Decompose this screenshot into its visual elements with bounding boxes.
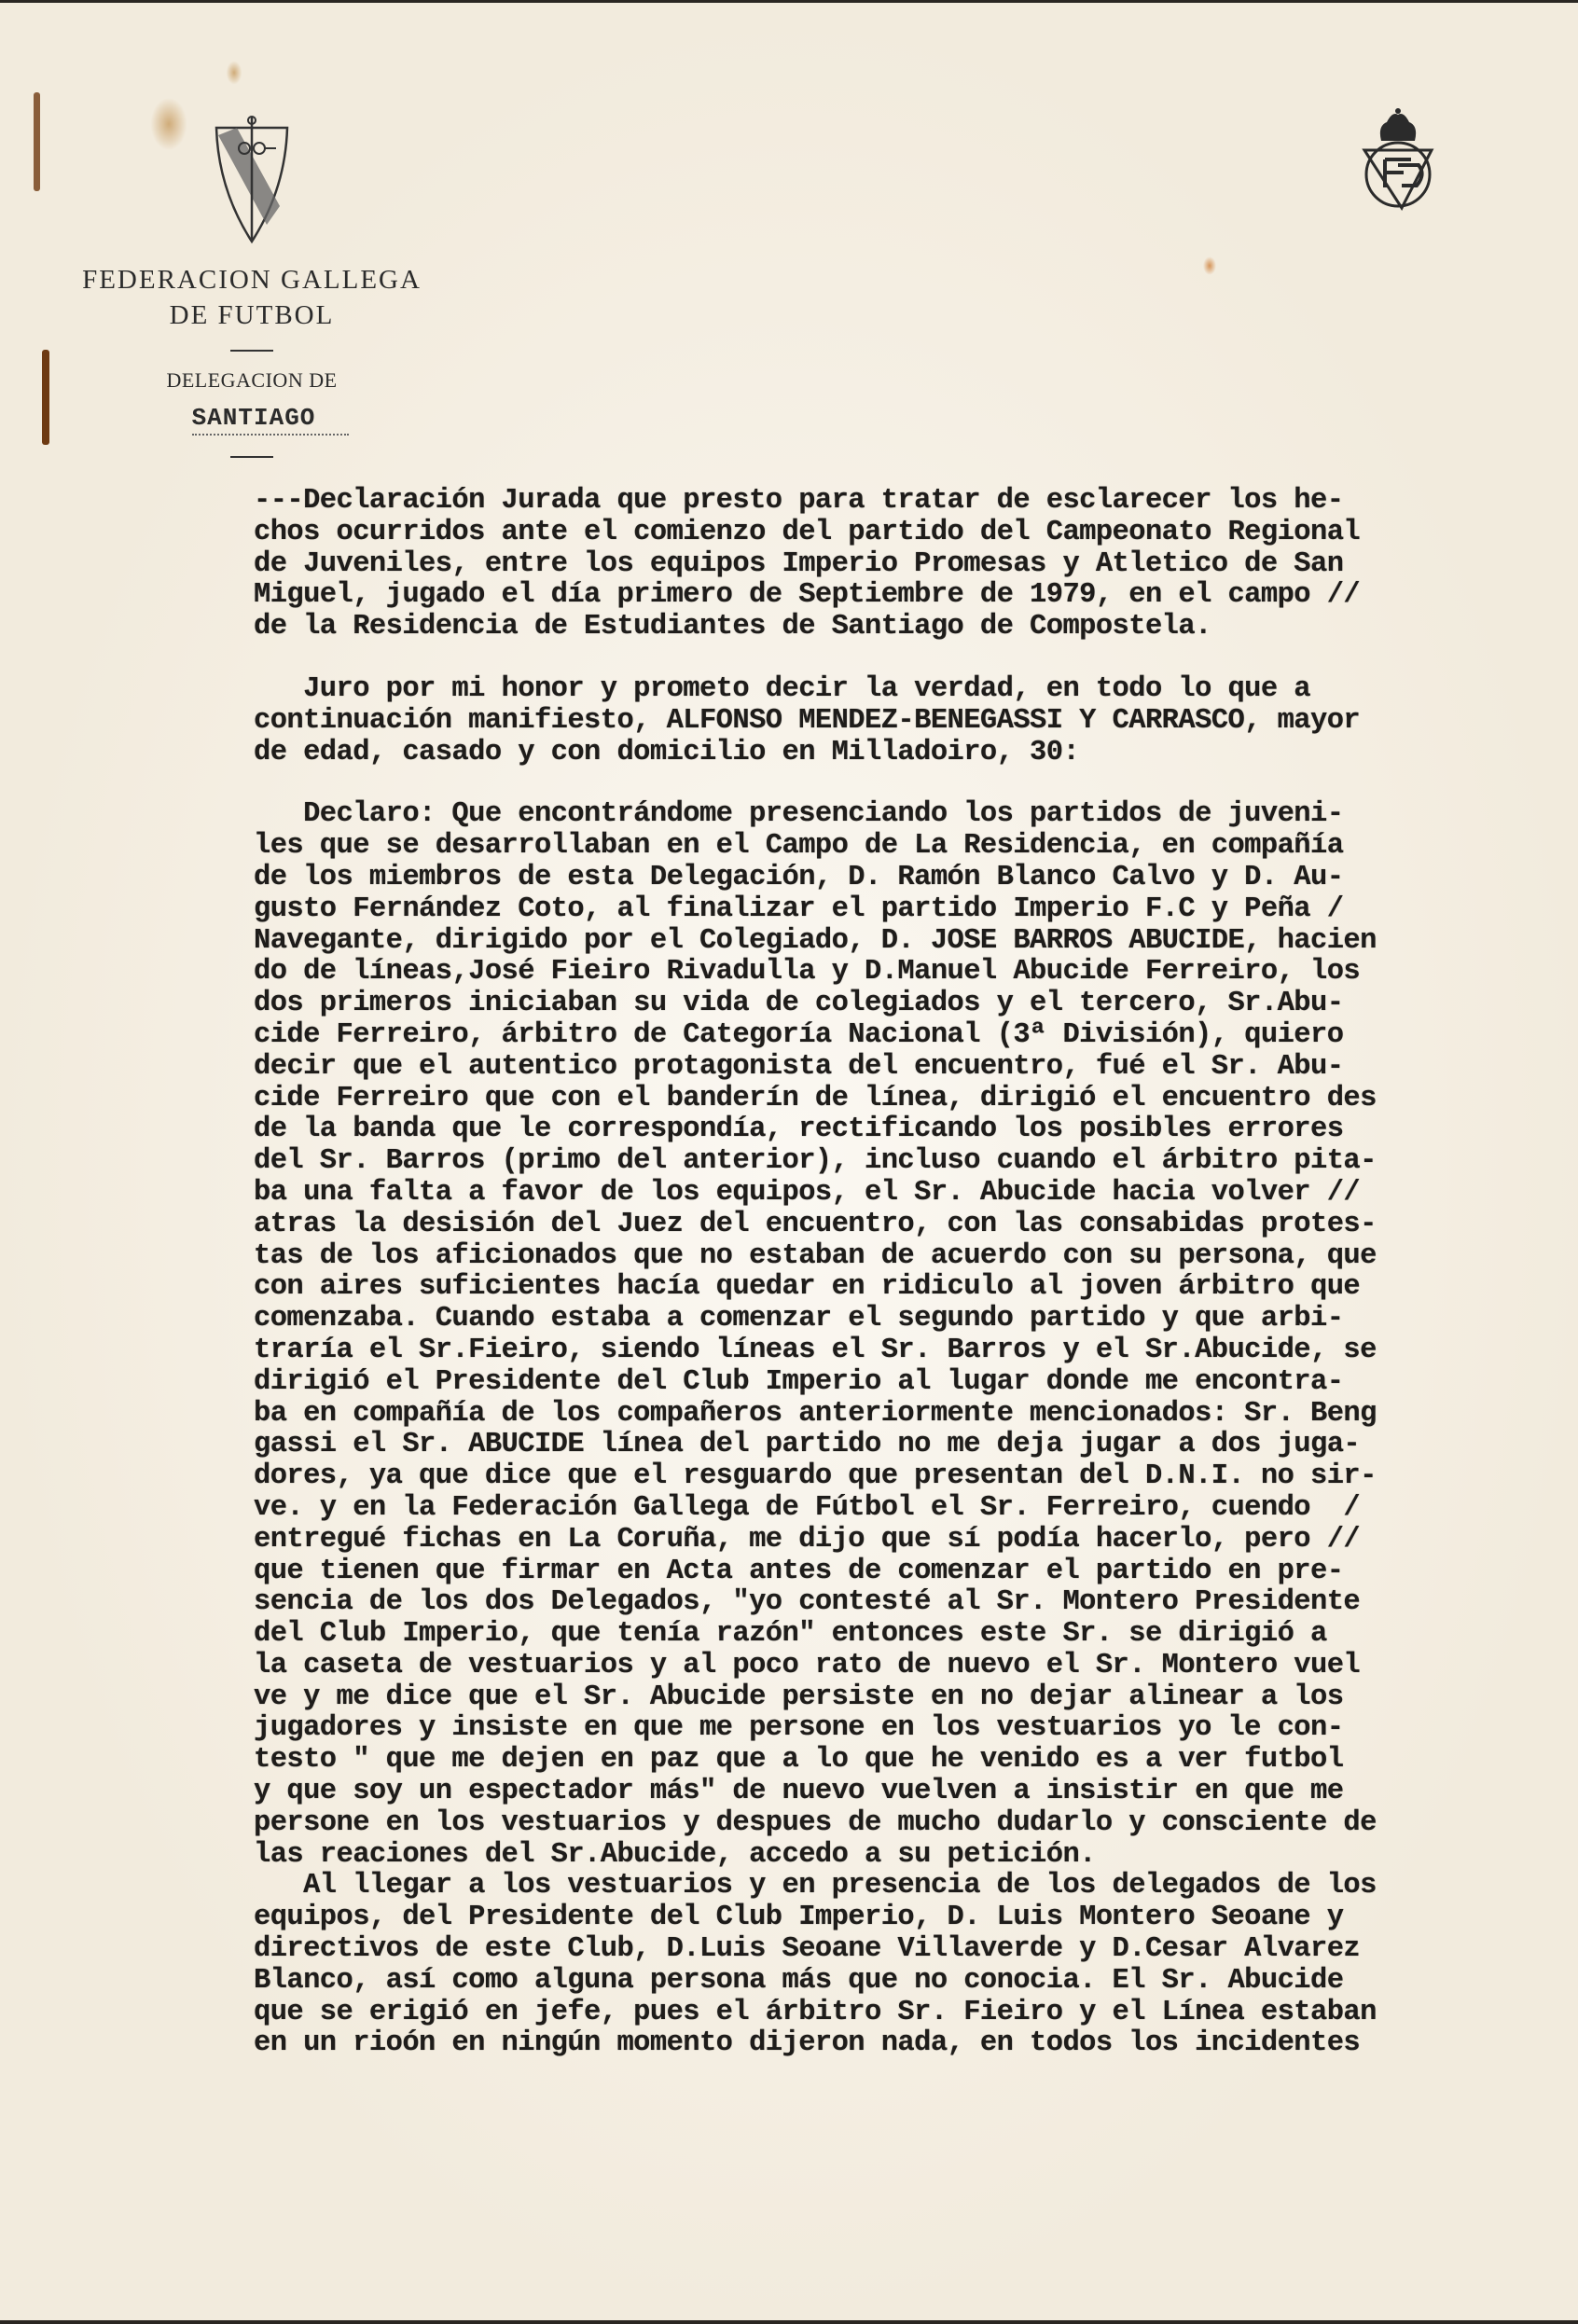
delegation-label: DELEGACION DE [56,367,448,394]
text-line: decir que el autentico protagonista del … [254,1052,1531,1084]
text-line: continuación manifiesto, ALFONSO MENDEZ-… [254,706,1531,738]
paragraph-declaration: Declaro: Que encontrándome presenciando … [254,799,1531,1871]
paragraph-locker-room: Al llegar a los vestuarios y en presenci… [254,1871,1531,2060]
text-line: jugadores y insiste en que me persone en… [254,1713,1531,1745]
crowned-federation-emblem-icon [1361,107,1435,215]
organization-name-line2: DE FUTBOL [56,297,448,333]
text-line: gusto Fernández Coto, al finalizar el pa… [254,894,1531,926]
text-line: de Juveniles, entre los equipos Imperio … [254,549,1531,581]
text-line: Navegante, dirigido por el Colegiado, D.… [254,926,1531,958]
paragraph-oath: Juro por mi honor y prometo decir la ver… [254,674,1531,768]
text-line: equipos, del Presidente del Club Imperio… [254,1902,1531,1934]
text-line: las reaciones del Sr.Abucide, accedo a s… [254,1840,1531,1872]
divider [230,456,273,458]
text-line: que tienen que firmar en Acta antes de c… [254,1556,1531,1588]
text-line: y que soy un espectador más" de nuevo vu… [254,1777,1531,1808]
text-line: ve. y en la Federación Gallega de Fútbol… [254,1493,1531,1525]
text-line: en un rioón en ningún momento dijeron na… [254,2028,1531,2060]
text-line: ---Declaración Jurada que presto para tr… [254,486,1531,518]
text-line: persone en los vestuarios y despues de m… [254,1808,1531,1840]
declaration-body: ---Declaración Jurada que presto para tr… [254,486,1531,2060]
delegation-city: SANTIAGO [192,404,350,436]
organization-name: FEDERACION GALLEGA [56,262,448,297]
text-line: la caseta de vestuarios y al poco rato d… [254,1651,1531,1682]
text-line: de la Residencia de Estudiantes de Santi… [254,612,1531,643]
text-line: Declaro: Que encontrándome presenciando … [254,799,1531,831]
text-line: dirigió el Presidente del Club Imperio a… [254,1367,1531,1399]
text-line: dores, ya que dice que el resguardo que … [254,1461,1531,1493]
text-line: comenzaba. Cuando estaba a comenzar el s… [254,1304,1531,1335]
text-line: del Sr. Barros (primo del anterior), inc… [254,1146,1531,1178]
staple-rust-mark [42,350,49,445]
divider [230,350,273,352]
text-line: de edad, casado y con domicilio en Milla… [254,738,1531,769]
text-line: gassi el Sr. ABUCIDE línea del partido n… [254,1430,1531,1461]
text-line: dos primeros iniciaban su vida de colegi… [254,989,1531,1020]
text-line: del Club Imperio, que tenía razón" enton… [254,1619,1531,1651]
text-line: tas de los aficionados que no estaban de… [254,1241,1531,1273]
text-line: ba una falta a favor de los equipos, el … [254,1178,1531,1210]
letterhead: FEDERACION GALLEGA DE FUTBOL DELEGACION … [56,115,448,458]
paragraph-intro: ---Declaración Jurada que presto para tr… [254,486,1531,643]
text-line: testo " que me dejen en paz que a lo que… [254,1745,1531,1777]
text-line: Blanco, así como alguna persona más que … [254,1966,1531,1998]
text-line: chos ocurridos ante el comienzo del part… [254,518,1531,549]
document-page: FEDERACION GALLEGA DE FUTBOL DELEGACION … [0,0,1578,2324]
text-line: ba en compañía de los compañeros anterio… [254,1399,1531,1431]
text-line: sencia de los dos Delegados, "yo contest… [254,1587,1531,1619]
federation-shield-icon [209,115,295,245]
text-line: de los miembros de esta Delegación, D. R… [254,863,1531,894]
text-line: les que se desarrollaban en el Campo de … [254,831,1531,863]
staple-rust-mark [34,92,40,191]
text-line: cide Ferreiro que con el banderín de lín… [254,1084,1531,1115]
text-line: ve y me dice que el Sr. Abucide persiste… [254,1682,1531,1714]
text-line: Miguel, jugado el día primero de Septiem… [254,580,1531,612]
text-line: atras la desisión del Juez del encuentro… [254,1210,1531,1241]
text-line: entregué fichas en La Coruña, me dijo qu… [254,1525,1531,1556]
text-line: Juro por mi honor y prometo decir la ver… [254,674,1531,706]
text-line: que se erigió en jefe, pues el árbitro S… [254,1998,1531,2029]
text-line: Al llegar a los vestuarios y en presenci… [254,1871,1531,1902]
text-line: cide Ferreiro, árbitro de Categoría Naci… [254,1020,1531,1052]
text-line: directivos de este Club, D.Luis Seoane V… [254,1934,1531,1966]
text-line: traría el Sr.Fieiro, siendo líneas el Sr… [254,1335,1531,1367]
text-line: con aires suficientes hacía quedar en ri… [254,1272,1531,1304]
text-line: do de líneas,José Fieiro Rivadulla y D.M… [254,957,1531,989]
text-line: de la banda que le correspondía, rectifi… [254,1114,1531,1146]
